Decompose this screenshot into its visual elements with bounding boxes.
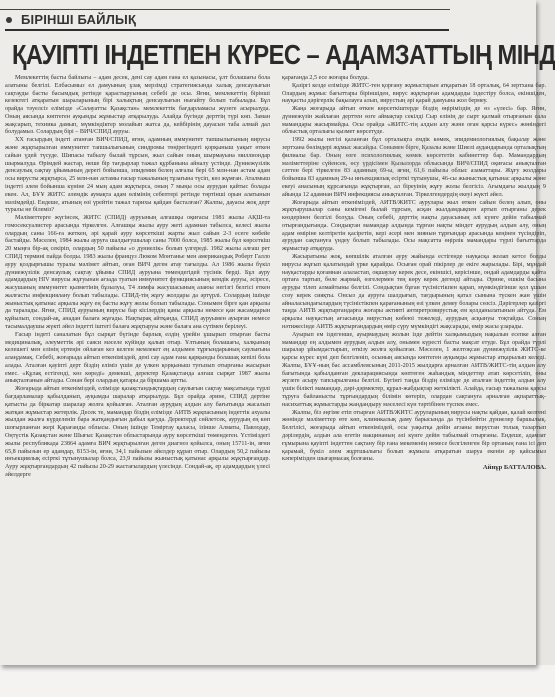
article-column-right: қарағанда 2,5 есе жоғары болуда. Қазіргі… bbox=[282, 75, 546, 472]
paragraph: Ғасыр індеті саналатын бұл сырқат бүгінд… bbox=[5, 332, 270, 386]
article-column-left: Мемлекеттің басты байлығы – адам десек, … bbox=[5, 75, 270, 480]
paragraph: қарағанда 2,5 есе жоғары болуда. bbox=[282, 75, 546, 83]
paragraph: Жалпы, біз әңгіме етіп отырған АИТВ/ЖИТС… bbox=[282, 410, 546, 464]
background-below-page bbox=[0, 665, 555, 697]
print-smudge bbox=[300, 140, 480, 180]
paragraph: Жасыратыны жоқ, көпшілік аталған ауру жа… bbox=[282, 254, 546, 332]
paragraph: XX ғасырдың індеті атанған ВИЧ/СПИД, яғн… bbox=[5, 137, 270, 215]
section-rubric: БІРІНШІ БАЙЛЫҚ bbox=[6, 11, 136, 28]
bullet-dot-icon bbox=[6, 17, 12, 23]
newspaper-page: БІРІНШІ БАЙЛЫҚ ҚАУІПТІ ІНДЕТПЕН КҮРЕС – … bbox=[0, 0, 536, 665]
paragraph: Жаңа жоғарыда айтып өткен көрсеткіштерде… bbox=[282, 106, 546, 137]
rubric-label: БІРІНШІ БАЙЛЫҚ bbox=[21, 12, 136, 27]
paragraph: Ауырып ем іздегенше, ауырмаудың жолын із… bbox=[282, 332, 546, 410]
rubric-divider bbox=[5, 29, 449, 31]
paragraph: Мәліметтерге жүгінсек, ЖИТС (СПИД) ауруы… bbox=[5, 215, 270, 332]
author-signature: Айнұр БАТТАЛОВА. bbox=[282, 464, 546, 472]
paragraph: Жоғарыда айтып өткеніміздей, елімізде қа… bbox=[5, 386, 270, 479]
article-headline: ҚАУІПТІ ІНДЕТПЕН КҮРЕС – АДАМЗАТТЫҢ МІНД… bbox=[12, 40, 459, 70]
paragraph: Мемлекеттің басты байлығы – адам десек, … bbox=[5, 75, 270, 137]
paragraph: Қазіргі кезде елімізде ЖИТС-тен қорғану … bbox=[282, 83, 546, 106]
top-rule bbox=[0, 9, 450, 10]
paragraph: Жоғарыда айтып өткеніміздей, АИТВ/ЖИТС а… bbox=[282, 200, 546, 254]
